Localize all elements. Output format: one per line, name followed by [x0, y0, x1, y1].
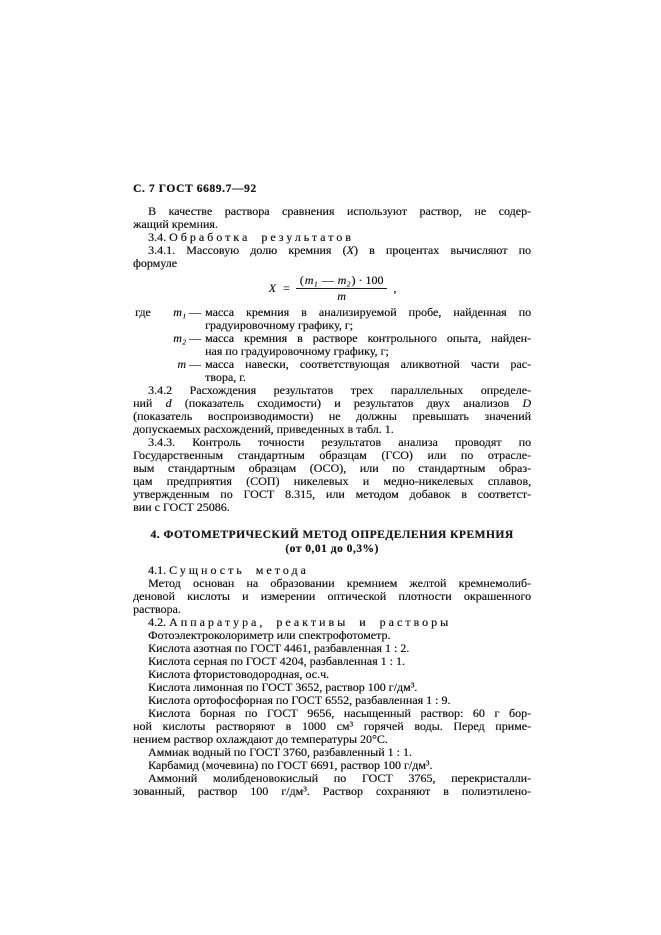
text-line: формуле: [133, 257, 531, 270]
text-line: деновой кислоты и измерении оптической п…: [133, 590, 531, 603]
fraction-numerator: (m₁ — m₂) · 100: [296, 274, 388, 289]
text-line: вии с ГОСТ 25086.: [133, 501, 531, 514]
subheading-text: Обработка результатов: [169, 230, 354, 244]
text-line: зованный, раствор 100 г/дм³. Раствор сох…: [133, 785, 531, 798]
definition-term: m₁ —: [159, 306, 201, 319]
definition-item: m —масса навески, соответствующая аликво…: [133, 358, 531, 384]
definition-item: гдеm₁ —масса кремния в анализируемой про…: [133, 306, 531, 332]
heading-line: 4. ФОТОМЕТРИЧЕСКИЙ МЕТОД ОПРЕДЕЛЕНИЯ КРЕ…: [133, 528, 531, 542]
section-heading: 4. ФОТОМЕТРИЧЕСКИЙ МЕТОД ОПРЕДЕЛЕНИЯ КРЕ…: [133, 528, 531, 556]
text-line: масса навески, соответствующая аликвотно…: [205, 358, 531, 371]
definition-lead: где: [135, 306, 151, 319]
subheading-number: 3.4.: [148, 230, 169, 244]
formula-lhs: X: [268, 282, 277, 295]
document-page: С. 7 ГОСТ 6689.7—92 В качестве раствора …: [0, 0, 661, 935]
text-line: твора, г.: [205, 371, 531, 384]
subheading-number: 4.2.: [148, 615, 169, 629]
paragraph: 3.4.3. Контроль точности результатов ана…: [133, 436, 531, 514]
paragraph: 3.4.2 Расхождения результатов трех парал…: [133, 384, 531, 436]
subheading-text: Сущность метода: [169, 563, 309, 577]
equals-sign: =: [283, 282, 290, 295]
page-header: С. 7 ГОСТ 6689.7—92: [133, 183, 257, 195]
definition-term: m —: [159, 358, 201, 371]
paragraph: Аммоний молибденовокислый по ГОСТ 3765, …: [133, 772, 531, 798]
document-body: В качестве раствора сравнения используют…: [133, 205, 531, 798]
fraction: (m₁ — m₂) · 100m: [296, 274, 388, 303]
subheading-text: Аппаратура, реактивы и растворы: [169, 615, 451, 629]
heading-line: (от 0,01 до 0,3%): [133, 542, 531, 556]
fraction-denominator: m: [296, 289, 388, 303]
paragraph: 3.4.1. Массовую долю кремния (X) в проце…: [133, 244, 531, 270]
definition-term: m₂ —: [159, 332, 201, 345]
paragraph: В качестве раствора сравнения используют…: [133, 205, 531, 231]
text-line: 3.4.1. Массовую долю кремния (X) в проце…: [133, 244, 531, 257]
paragraph: Кислота борная по ГОСТ 9656, насыщенный …: [133, 707, 531, 746]
subheading-number: 4.1.: [148, 563, 169, 577]
definition-item: m₂ —масса кремния в растворе контрольног…: [133, 332, 531, 358]
formula: X=(m₁ — m₂) · 100m,: [133, 274, 531, 303]
paragraph: Метод основан на образовании кремнием же…: [133, 577, 531, 616]
definition-list: гдеm₁ —масса кремния в анализируемой про…: [133, 306, 531, 384]
formula-trailing-comma: ,: [393, 282, 396, 295]
